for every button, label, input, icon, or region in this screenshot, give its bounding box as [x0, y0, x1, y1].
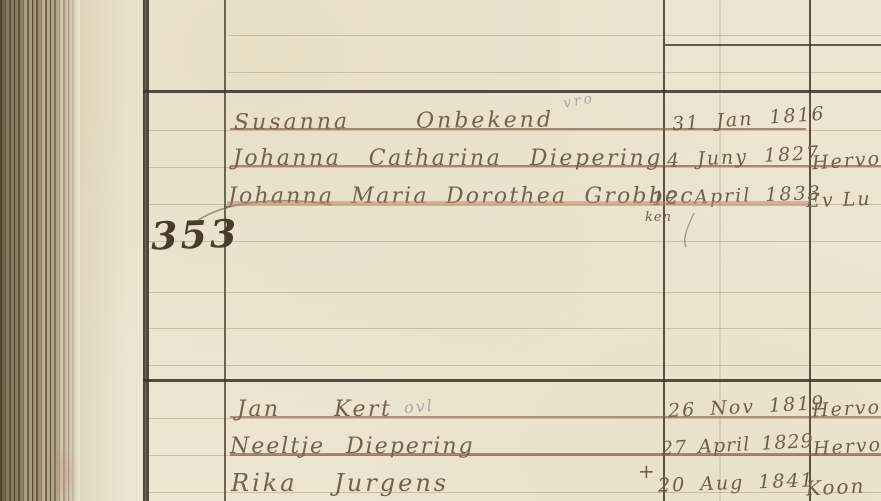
paper-crease — [719, 0, 721, 501]
section-divider-bottom — [143, 379, 881, 382]
birth-date-rika: 20 Aug 1841 — [658, 471, 815, 495]
pen-flourish — [0, 0, 881, 501]
strike-line — [230, 416, 881, 418]
name-entry-rika: Rika Jurgens — [231, 471, 449, 495]
strike-line — [230, 453, 881, 456]
name-suffix-ken: ken — [645, 211, 672, 224]
religion-entry-neeltje: Hervo — [812, 436, 881, 460]
religion-entry-rika: Koon — [806, 475, 866, 498]
ruled-line — [146, 241, 881, 242]
religion-entry-johanna-maria: Ev Lu — [806, 190, 872, 211]
ruled-line — [228, 35, 881, 36]
ruled-line — [146, 365, 881, 366]
religion-entry-johanna-catharina: Hervo — [811, 150, 881, 174]
column-line-date — [663, 0, 665, 501]
column-line-religion — [809, 0, 811, 501]
page-shade-gradient — [80, 0, 128, 501]
ruled-line — [228, 72, 881, 73]
record-number: 353 — [150, 214, 240, 255]
column-line-left-thick — [143, 0, 149, 501]
ruled-line — [146, 328, 881, 329]
pencil-annotation-top: vro — [562, 91, 596, 110]
ruled-line — [146, 292, 881, 293]
cell-line-top-right — [665, 44, 881, 46]
binding-edge — [0, 0, 80, 501]
name-entry-susanna: Susanna Onbekend — [234, 110, 554, 135]
cross-mark: + — [638, 461, 655, 481]
stain-smudge — [50, 448, 78, 498]
strike-line-thick — [227, 201, 808, 206]
strike-line — [230, 128, 806, 130]
strike-line — [230, 165, 881, 167]
register-page-scan: 353 vro Susanna Onbekend 31 Jan 1816 Joh… — [0, 0, 881, 501]
section-divider-top — [143, 90, 881, 93]
pencil-annotation-jan: ovl — [403, 398, 434, 417]
